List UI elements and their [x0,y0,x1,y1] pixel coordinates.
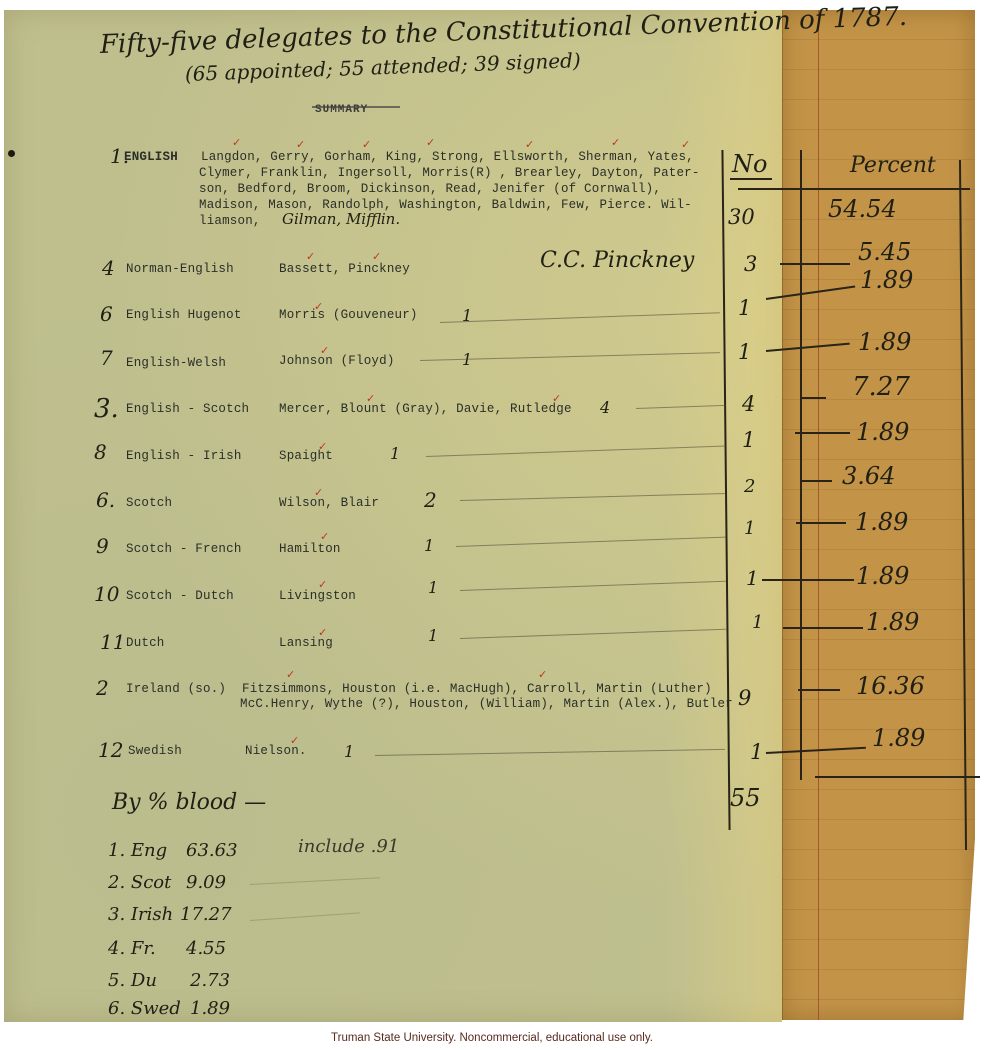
row-count: 1 [738,340,751,364]
check-mark-icon: ✓ [611,136,620,149]
row-names: Livingston [279,589,356,603]
row-leader [795,432,850,434]
row-group: ENGLISH [124,150,178,164]
row-count: 3 [744,252,757,276]
row-names: Langdon, Gerry, Gorham, King, Strong, El… [201,150,694,164]
row-rank: 7 [100,346,113,370]
row-percent: 1.89 [856,418,909,446]
row-rank: 11 [100,630,125,654]
row-percent: 1.89 [855,508,908,536]
check-mark-icon: ✓ [320,530,329,543]
row-percent: 16.36 [856,672,925,700]
row-leader [780,263,850,265]
row-leader [800,480,832,482]
row-rank: 12 [98,738,123,762]
total-count: 55 [730,784,761,812]
by-blood-value: 63.63 [186,840,238,861]
row-tally: 1 [390,444,400,463]
row-rank: 6 [100,302,113,326]
by-blood-label: 6. Swed [108,998,181,1019]
row-count: 1 [744,518,755,539]
by-blood-side-note: include .91 [298,836,399,857]
by-blood-label: 5. Du [108,970,157,991]
row-percent: 7.27 [852,372,910,402]
row-group: English - Scotch [126,402,249,416]
row-count: 9 [738,686,751,710]
row-names: liamson, [199,214,261,228]
by-blood-label: 1. Eng [108,840,167,861]
check-mark-icon: ✓ [525,138,534,151]
row-percent: 1.89 [872,724,925,752]
row-leader [796,522,846,524]
check-mark-icon: ✓ [232,136,241,149]
row-tally: 1 [428,626,438,645]
check-mark-icon: ✓ [318,440,327,453]
by-blood-value: 9.09 [186,872,226,893]
row-count: 1 [738,296,751,320]
row-rank: 8 [94,440,107,464]
check-mark-icon: ✓ [372,250,381,263]
by-blood-label: 2. Scot [108,872,171,893]
row-rank: 2 [96,676,109,700]
row-leader [800,397,826,399]
percent-header: Percent [850,153,936,178]
header-underline [738,188,970,190]
row-tally: 4 [600,398,610,417]
check-mark-icon: ✓ [426,136,435,149]
row-names: Morris (Gouveneur) [279,308,418,322]
row-tally: 1 [344,742,354,761]
row-percent: 1.89 [858,328,911,356]
row-percent: 1.89 [860,266,913,294]
check-mark-icon: ✓ [318,626,327,639]
row-count: 30 [728,205,755,229]
row-group: English - Irish [126,449,242,463]
check-mark-icon: ✓ [286,668,295,681]
row-names: Wilson, Blair [279,496,379,510]
row-group: Scotch [126,496,172,510]
row-percent: 3.64 [842,462,895,490]
row-rank: 6. [96,488,115,512]
row-group: English-Welsh [126,356,226,370]
row-names: Madison, Mason, Randolph, Washington, Ba… [199,198,692,212]
handwritten-annotation: C.C. Pinckney [540,248,694,273]
row-group: English Hugenot [126,308,242,322]
row-count: 4 [742,392,755,416]
by-blood-label: 4. Fr. [108,938,156,959]
total-underline [815,776,980,778]
row-tally: 1 [428,578,438,597]
row-percent: 1.89 [866,608,919,636]
punch-hole-mark [8,150,15,157]
row-names: McC.Henry, Wythe (?), Houston, (William)… [240,697,733,711]
check-mark-icon: ✓ [320,344,329,357]
row-group: Scotch - French [126,542,242,556]
row-names: Mercer, Blount (Gray), Davie, Rutledge [279,402,572,416]
row-percent: 54.54 [828,195,897,223]
row-rank: 9 [96,534,109,558]
by-blood-heading: By % blood — [112,790,266,815]
no-header: No [732,150,767,178]
row-rank: 10 [94,582,119,606]
by-blood-value: 4.55 [186,938,226,959]
row-percent: 5.45 [858,238,911,266]
row-names: Johnson (Floyd) [279,354,395,368]
row-group: Scotch - Dutch [126,589,234,603]
no-column-right-rule [800,150,802,780]
check-mark-icon: ✓ [306,250,315,263]
check-mark-icon: ✓ [314,486,323,499]
row-percent: 1.89 [856,562,909,590]
row-group: Norman-English [126,262,234,276]
row-group: Ireland (so.) [126,682,226,696]
row-names: Fitzsimmons, Houston (i.e. MacHugh), Car… [242,682,712,696]
check-mark-icon: ✓ [538,668,547,681]
by-blood-value: 2.73 [190,970,230,991]
check-mark-icon: ✓ [296,138,305,151]
check-mark-icon: ✓ [318,578,327,591]
by-blood-value: 17.27 [180,904,232,925]
row-rank: 3. [94,394,119,424]
row-count: 1 [752,612,763,633]
row-count: 1 [750,740,763,764]
footer-credit: Truman State University. Noncommercial, … [0,1032,984,1044]
row-names: Clymer, Franklin, Ingersoll, Morris(R) ,… [199,166,700,180]
ledger-margin-line [818,10,819,1020]
row-names: Bassett, Pinckney [279,262,410,276]
row-leader [762,579,854,581]
row-count: 2 [744,476,755,497]
by-blood-label: 3. Irish [108,904,173,925]
row-leader [783,627,863,629]
handwritten-addition: Gilman, Mifflin. [282,210,400,228]
check-mark-icon: ✓ [314,300,323,313]
by-blood-value: 1.89 [190,998,230,1019]
check-mark-icon: ✓ [362,138,371,151]
summary-strike [312,106,400,108]
check-mark-icon: ✓ [681,138,690,151]
check-mark-icon: ✓ [366,392,375,405]
no-header-underline [730,178,772,180]
row-names: son, Bedford, Broom, Dickinson, Read, Je… [199,182,661,196]
row-count: 1 [742,428,755,452]
row-group: Swedish [128,744,182,758]
row-leader [798,689,840,691]
row-names: Hamilton [279,542,341,556]
check-mark-icon: ✓ [290,734,299,747]
check-mark-icon: ✓ [552,392,561,405]
row-rank: 4 [102,256,115,280]
row-tally: 1 [424,536,434,555]
row-count: 1 [746,566,759,590]
row-tally: 2 [424,488,437,512]
row-group: Dutch [126,636,165,650]
